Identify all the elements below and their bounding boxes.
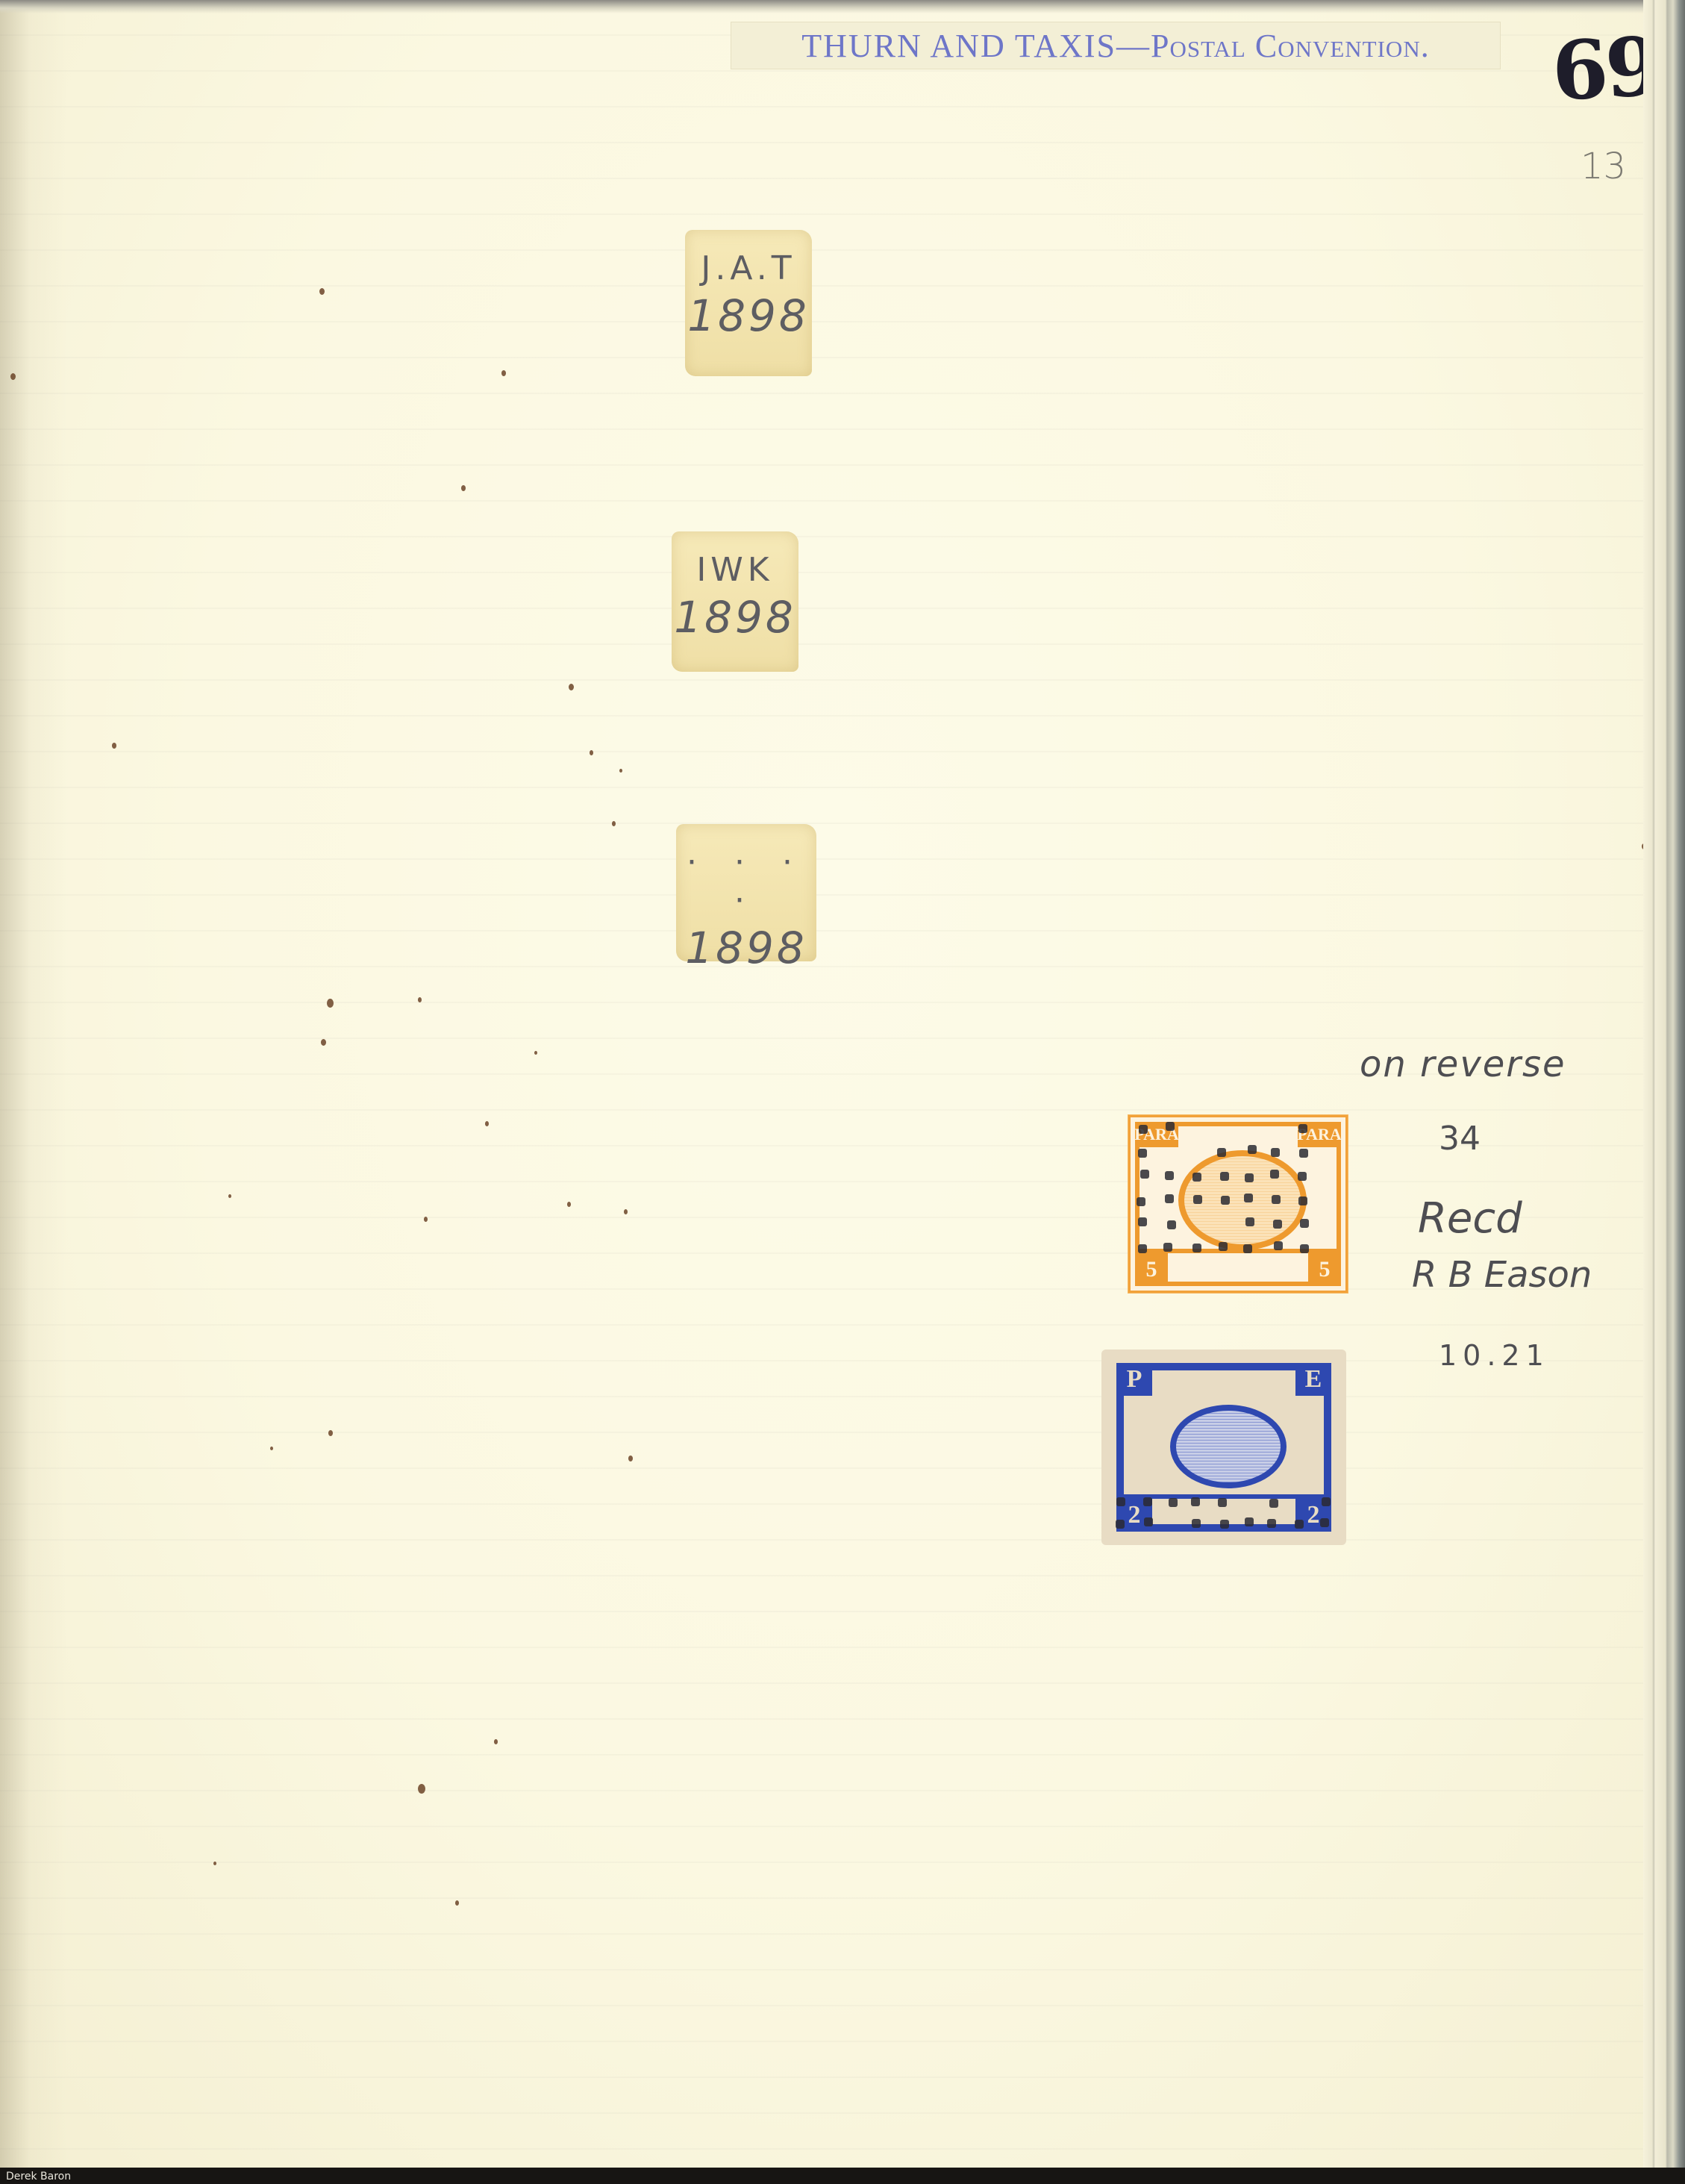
hinge-initials: J.A.T	[685, 249, 812, 287]
hinge-remnant: J.A.T 1898	[685, 230, 812, 376]
scan-bottom-edge	[0, 2168, 1685, 2184]
stamp-corner-value: 5	[1308, 1253, 1341, 1286]
page-top-shadow	[0, 0, 1669, 13]
stamp-corner-value: P	[1116, 1363, 1152, 1396]
hinge-remnant: IWK 1898	[672, 531, 798, 672]
photographer-watermark: Derek Baron	[6, 2171, 71, 2183]
note-number: 34	[1439, 1120, 1481, 1158]
hinge-year: 1898	[685, 290, 812, 341]
hinge-initials: IWK	[672, 551, 798, 589]
hinge-year: 1898	[672, 592, 798, 643]
page-edge-stack	[1643, 0, 1685, 2169]
header-title-main: THURN AND TAXIS—	[801, 27, 1151, 65]
note-from: R B Eason	[1412, 1254, 1592, 1296]
stamp-corner-value: 5	[1135, 1253, 1168, 1286]
note-date: 10.21	[1439, 1339, 1550, 1372]
stamp-corner-value: E	[1295, 1363, 1331, 1396]
sphinx-vignette	[1170, 1405, 1287, 1488]
stamp-blue-2-piastres[interactable]: P E 2 2	[1101, 1350, 1346, 1545]
header-title-sub: Postal Convention.	[1151, 27, 1430, 65]
note-received: Recd	[1418, 1194, 1522, 1243]
note-on-reverse: on reverse	[1360, 1043, 1566, 1085]
album-page: THURN AND TAXIS— Postal Convention. 69 1…	[0, 0, 1669, 2169]
hinge-initials: · · · ·	[676, 843, 816, 920]
hinge-year: 1898	[676, 923, 816, 973]
hinge-remnant: · · · · 1898	[676, 824, 816, 961]
page-sub-number: 13	[1581, 146, 1626, 187]
stamp-orange-5-para[interactable]: PARA PARA 5 5	[1128, 1115, 1348, 1293]
page-header-label: THURN AND TAXIS— Postal Convention.	[731, 22, 1500, 69]
